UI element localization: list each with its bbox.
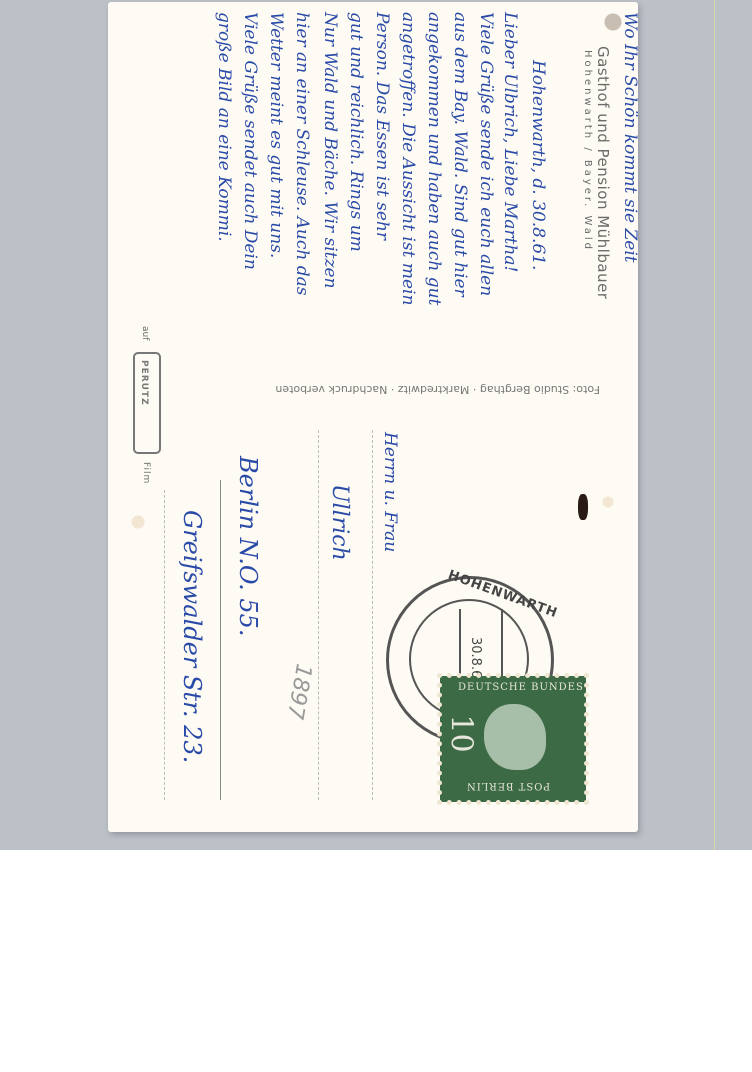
film-suffix: Film: [141, 462, 151, 484]
film-prefix: auf: [140, 326, 150, 340]
hotel-name: Gasthof und Pension Mühlbauer: [594, 46, 612, 299]
message-line: Wetter meint es gut mit uns.: [266, 12, 286, 258]
address-line: [372, 430, 373, 800]
message-line: gut und reichlich. Rings um: [346, 12, 366, 252]
stamp-text-bottom: POST BERLIN: [466, 780, 550, 791]
address-street: Greifswalder Str. 23.: [178, 510, 206, 763]
message-line: Wo Ihr Schön kommt sie Zeit: [620, 12, 640, 263]
message-line: Person. Das Essen ist sehr: [372, 12, 392, 240]
address-city: Berlin N.O. 55.: [234, 456, 262, 637]
message-line: hier an einer Schleuse. Auch das: [292, 12, 312, 296]
message-line: Hohenwarth, d. 30.8.61.: [528, 60, 548, 270]
address-line: [164, 490, 165, 800]
recipient-name-line2: Ullrich: [327, 484, 352, 561]
recipient-name-line1: Herrn u. Frau: [380, 432, 400, 552]
message-line: Viele Grüße sendet auch Dein: [240, 12, 260, 270]
message-line: angekommen und haben auch gut: [424, 12, 444, 305]
address-line: [318, 430, 319, 800]
film-brand: PERUTZ: [139, 360, 149, 406]
photo-credit: Foto: Studio Bergthag · Marktredwitz · N…: [275, 383, 600, 396]
message-line: aus dem Bay. Wald. Sind gut hier: [450, 12, 470, 297]
message-line: angetroffen. Die Aussicht ist mein: [398, 12, 418, 305]
ink-blot: [578, 494, 588, 520]
address-line: [220, 480, 221, 800]
message-line: Nur Wald und Bäche. Wir sitzen: [320, 12, 340, 288]
message-line: Lieber Ulbrich, Liebe Martha!: [500, 12, 520, 272]
stamp-text-top: DEUTSCHE BUNDES: [458, 682, 584, 693]
stamp-value: 10: [444, 714, 479, 752]
film-brand-logo: PERUTZ: [133, 352, 161, 454]
hotel-place: Hohenwarth / Bayer. Wald: [582, 50, 593, 252]
postage-stamp: DEUTSCHE BUNDES 10 POST BERLIN: [440, 676, 586, 802]
stamp-portrait: [484, 704, 546, 770]
message-line: Viele Grüße sende ich euch allen: [476, 12, 496, 296]
message-line: große Bild an eine Kommi.: [214, 12, 234, 242]
